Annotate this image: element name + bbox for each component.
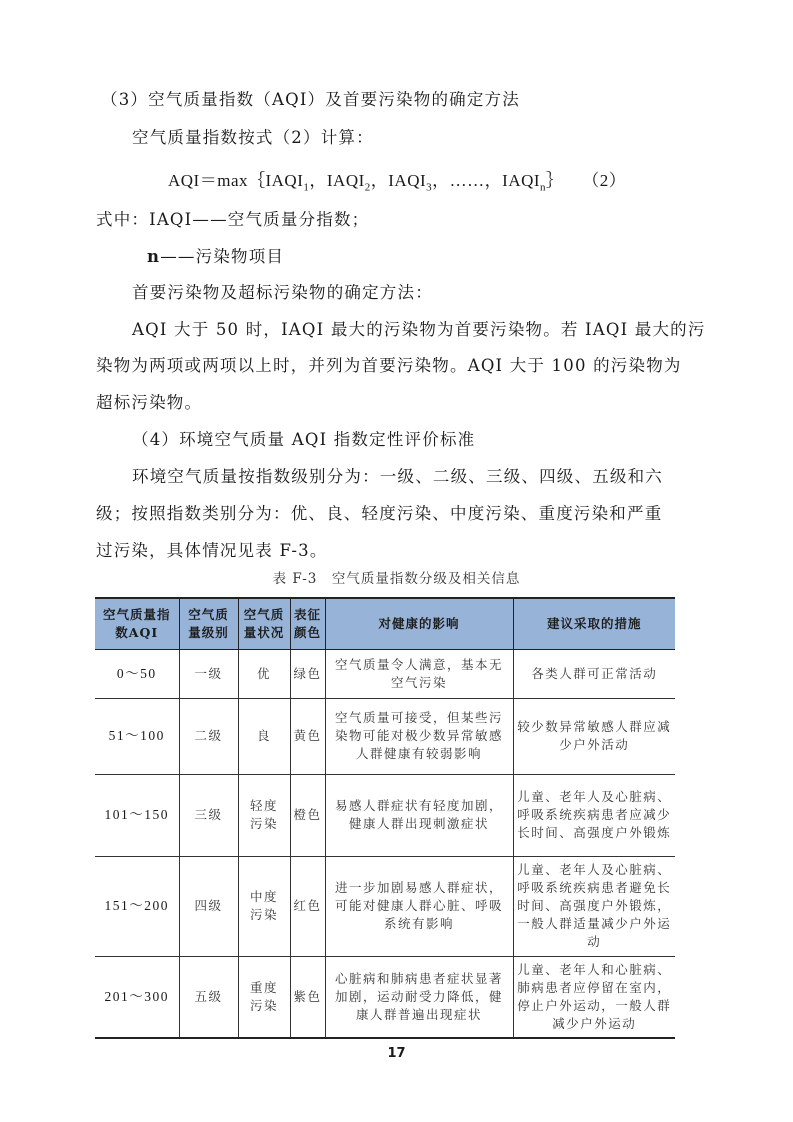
cell-health: 易感人群症状有轻度加剧，健康人群出现刺激症状 [325,774,513,856]
cell-advice: 较少数异常敏感人群应减少户外活动 [513,698,675,774]
cell-range: 51～100 [95,698,179,774]
cell-range: 0～50 [95,649,179,698]
cell-advice: 儿童、老年人及心脏病、呼吸系统疾病患者避免长时间、高强度户外锻炼，一般人群适量减… [513,856,675,956]
primary-para-line: AQI 大于 50 时，IAQI 最大的污染物为首要污染物。若 IAQI 最大的… [132,316,706,340]
cell-range: 151～200 [95,856,179,956]
header-status: 空气质量状况 [238,598,290,649]
cell-health: 心脏病和肺病患者症状显著加剧，运动耐受力降低，健康人群普遍出现症状 [325,956,513,1038]
formula-term: IAQI3， [388,171,449,190]
header-advice: 建议采取的措施 [513,598,675,649]
formula-term: IAQIn [502,171,546,190]
cell-advice: 儿童、老年人及心脏病、呼吸系统疾病患者应减少长时间、高强度户外锻炼 [513,774,675,856]
header-color: 表征颜色 [290,598,325,649]
heading-aqi-standard: （4）环境空气质量 AQI 指数定性评价标准 [132,426,475,450]
cell-level: 一级 [179,649,238,698]
cell-status: 重度污染 [238,956,290,1038]
cell-status: 轻度污染 [238,774,290,856]
table-row: 51～100 二级 良 黄色 空气质量可接受，但某些污染物可能对极少数异常敏感人… [95,698,675,774]
levels-para-line: 级；按照指数类别分为：优、良、轻度污染、中度污染、重度污染和严重 [96,500,662,524]
where-n: n——污染物项目 [147,243,284,267]
table-row: 0～50 一级 优 绿色 空气质量令人满意，基本无空气污染 各类人群可正常活动 [95,649,675,698]
header-level: 空气质量级别 [179,598,238,649]
cell-color: 紫色 [290,956,325,1038]
cell-advice: 儿童、老年人和心脏病、肺病患者应停留在室内，停止户外运动，一般人群减少户外运动 [513,956,675,1038]
primary-para-line: 染物为两项或两项以上时，并列为首要污染物。AQI 大于 100 的污染物为 [96,352,682,376]
formula-term: IAQI1， [265,171,326,190]
aqi-table: 空气质量指数AQI 空气质量级别 空气质量状况 表征颜色 对健康的影响 建议采取… [95,597,675,1039]
n-symbol: n [147,247,160,266]
cell-level: 三级 [179,774,238,856]
formula-number: （2） [582,171,626,190]
cell-level: 四级 [179,856,238,956]
table-row: 151～200 四级 中度污染 红色 进一步加剧易感人群症状，可能对健康人群心脏… [95,856,675,956]
header-health: 对健康的影响 [325,598,513,649]
table-row: 101～150 三级 轻度污染 橙色 易感人群症状有轻度加剧，健康人群出现刺激症… [95,774,675,856]
formula-term: ……， [450,171,503,190]
header-aqi: 空气质量指数AQI [95,598,179,649]
cell-level: 二级 [179,698,238,774]
table-row: 201～300 五级 重度污染 紫色 心脏病和肺病患者症状显著加剧，运动耐受力降… [95,956,675,1038]
cell-color: 绿色 [290,649,325,698]
cell-range: 101～150 [95,774,179,856]
cell-color: 橙色 [290,774,325,856]
where-iaqi: 式中：IAQI——空气质量分指数； [96,206,369,230]
formula-rhs: ｝ [546,171,564,190]
primary-title: 首要污染物及超标污染物的确定方法： [132,279,433,303]
levels-para-line: 过污染，具体情况见表 F-3。 [96,537,328,561]
cell-status: 中度污染 [238,856,290,956]
page-number: 17 [0,1046,793,1061]
table-header-row: 空气质量指数AQI 空气质量级别 空气质量状况 表征颜色 对健康的影响 建议采取… [95,598,675,649]
cell-color: 红色 [290,856,325,956]
cell-range: 201～300 [95,956,179,1038]
cell-health: 空气质量可接受，但某些污染物可能对极少数异常敏感人群健康有较弱影响 [325,698,513,774]
aqi-formula: AQI＝max｛IAQI1，IAQI2，IAQI3，……，IAQIn｝ （2） [168,166,626,193]
cell-color: 黄色 [290,698,325,774]
formula-lhs: AQI＝max｛ [168,171,265,190]
cell-advice: 各类人群可正常活动 [513,649,675,698]
n-desc: ——污染物项目 [160,247,284,266]
primary-para-line: 超标污染物。 [96,389,202,413]
cell-health: 进一步加剧易感人群症状，可能对健康人群心脏、呼吸系统有影响 [325,856,513,956]
calc-intro: 空气质量指数按式（2）计算： [132,124,374,148]
levels-para-line: 环境空气质量按指数级别分为：一级、二级、三级、四级、五级和六 [132,463,663,487]
heading-aqi-method: （3）空气质量指数（AQI）及首要污染物的确定方法 [101,86,520,110]
formula-term: IAQI2， [327,171,388,190]
cell-health: 空气质量令人满意，基本无空气污染 [325,649,513,698]
cell-status: 良 [238,698,290,774]
cell-status: 优 [238,649,290,698]
table-caption: 表 F-3 空气质量指数分级及相关信息 [0,567,793,587]
cell-level: 五级 [179,956,238,1038]
